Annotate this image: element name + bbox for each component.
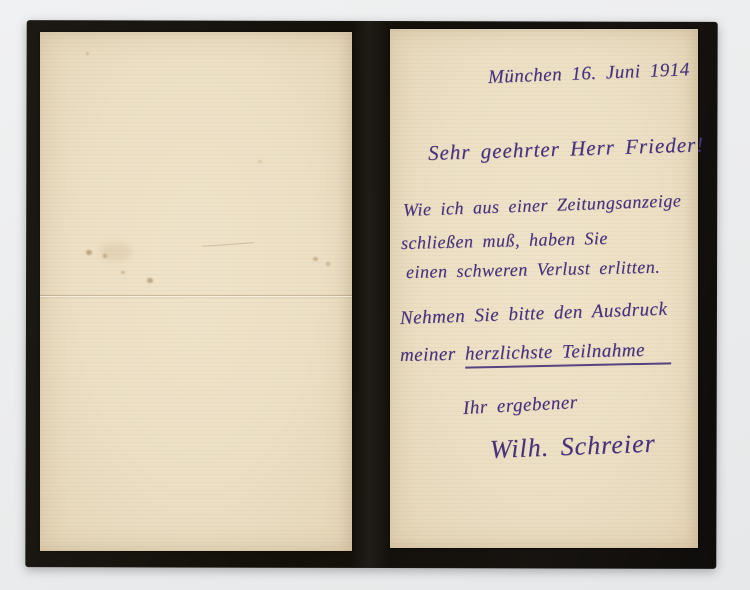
letter-page: München 16. Juni 1914 Sehr geehrter Herr… <box>390 29 698 548</box>
left-blank-page <box>40 32 352 551</box>
underlined-phrase: herzlichste Teilnahme <box>465 339 672 368</box>
stain <box>103 254 107 258</box>
body-line-prefix: meiner <box>400 344 465 366</box>
scratch-mark <box>202 242 254 247</box>
stain <box>147 278 153 283</box>
fold-crease <box>40 295 352 298</box>
body-line: Wie ich aus einer Zeitungsanzeige <box>403 190 682 221</box>
scanner-background: München 16. Juni 1914 Sehr geehrter Herr… <box>0 0 750 590</box>
stain <box>326 262 330 266</box>
body-line: schließen muß, haben Sie <box>401 228 608 254</box>
letter-date: München 16. Juni 1914 <box>488 59 691 89</box>
body-line: Nehmen Sie bitte den Ausdruck <box>400 299 668 330</box>
stain <box>86 250 92 255</box>
body-line: einen schweren Verlust erlitten. <box>406 257 661 283</box>
letter-closing: Ihr ergebener <box>462 392 578 420</box>
body-line: meiner herzlichste Teilnahme <box>400 340 646 370</box>
stain <box>313 257 318 261</box>
letter-salutation: Sehr geehrter Herr Frieder! <box>428 132 705 166</box>
stain <box>258 160 262 163</box>
stain <box>121 271 125 274</box>
stain <box>100 243 132 261</box>
stain <box>86 52 89 55</box>
letter-signature: Wilh. Schreier <box>489 429 656 465</box>
